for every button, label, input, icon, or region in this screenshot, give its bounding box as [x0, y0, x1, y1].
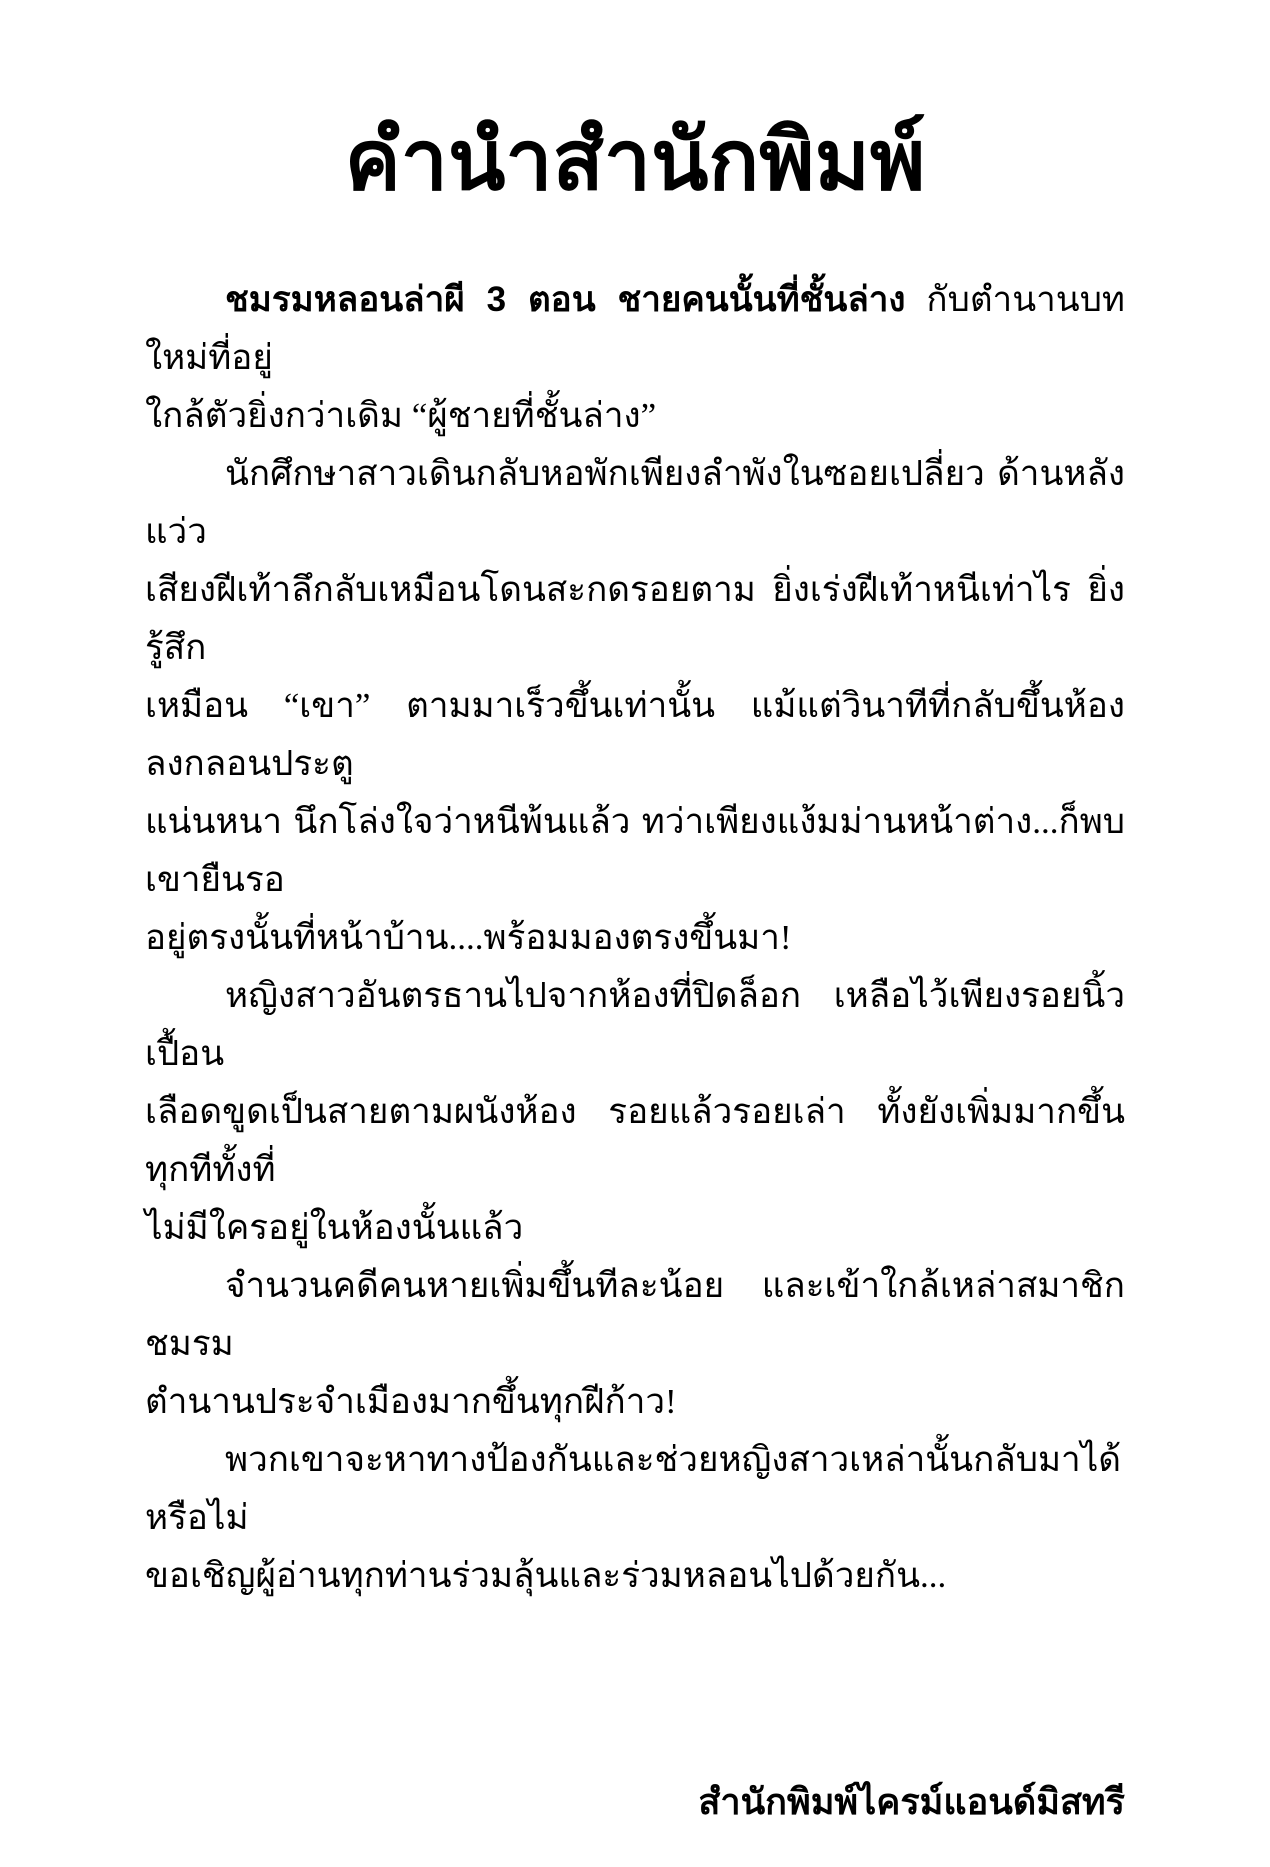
page-title: คำนำสำนักพิมพ์ — [0, 0, 1270, 209]
text-line: ตำนานประจำเมืองมากขึ้นทุกฝีก้าว! — [145, 1373, 1125, 1431]
text-segment: พวกเขาจะหาทางป้องกันและช่วยหญิงสาวเหล่าน… — [145, 1440, 1121, 1537]
text-line: แน่นหนา นึกโล่งใจว่าหนีพ้นแล้ว ทว่าเพียง… — [145, 793, 1125, 909]
body-text: ชมรมหลอนล่าผี 3 ตอน ชายคนนั้นที่ชั้นล่าง… — [145, 271, 1125, 1605]
text-segment: จำนวนคดีคนหายเพิ่มขึ้นทีละน้อย และเข้าใก… — [145, 1266, 1125, 1363]
text-segment: เสียงฝีเท้าลึกลับเหมือนโดนสะกดรอยตาม ยิ่… — [145, 570, 1125, 667]
text-line: จำนวนคดีคนหายเพิ่มขึ้นทีละน้อย และเข้าใก… — [145, 1257, 1125, 1373]
paragraph: ชมรมหลอนล่าผี 3 ตอน ชายคนนั้นที่ชั้นล่าง… — [145, 271, 1125, 445]
paragraph: พวกเขาจะหาทางป้องกันและช่วยหญิงสาวเหล่าน… — [145, 1431, 1125, 1605]
text-line: เสียงฝีเท้าลึกลับเหมือนโดนสะกดรอยตาม ยิ่… — [145, 561, 1125, 677]
text-line: อยู่ตรงนั้นที่หน้าบ้าน....พร้อมมองตรงขึ้… — [145, 909, 1125, 967]
text-segment: แน่นหนา นึกโล่งใจว่าหนีพ้นแล้ว ทว่าเพียง… — [145, 802, 1125, 899]
text-line: ชมรมหลอนล่าผี 3 ตอน ชายคนนั้นที่ชั้นล่าง… — [145, 271, 1125, 387]
paragraph: จำนวนคดีคนหายเพิ่มขึ้นทีละน้อย และเข้าใก… — [145, 1257, 1125, 1431]
text-segment: ตำนานประจำเมืองมากขึ้นทุกฝีก้าว! — [145, 1382, 677, 1421]
text-line: ไม่มีใครอยู่ในห้องนั้นแล้ว — [145, 1199, 1125, 1257]
text-segment: เหมือน “เขา” ตามมาเร็วขึ้นเท่านั้น แม้แต… — [145, 686, 1125, 783]
paragraph: นักศึกษาสาวเดินกลับหอพักเพียงลำพังในซอยเ… — [145, 445, 1125, 967]
text-segment: เลือดขูดเป็นสายตามผนังห้อง รอยแล้วรอยเล่… — [145, 1092, 1125, 1189]
document-page: คำนำสำนักพิมพ์ ชมรมหลอนล่าผี 3 ตอน ชายคน… — [0, 0, 1270, 1867]
bold-text-segment: ชมรมหลอนล่าผี 3 ตอน ชายคนนั้นที่ชั้นล่าง — [225, 280, 906, 319]
text-segment: หญิงสาวอันตรธานไปจากห้องที่ปิดล็อก เหลือ… — [145, 976, 1125, 1073]
publisher-signature: สำนักพิมพ์ไครม์แอนด์มิสทรี — [145, 1773, 1125, 1831]
text-segment: ไม่มีใครอยู่ในห้องนั้นแล้ว — [145, 1208, 523, 1247]
text-line: พวกเขาจะหาทางป้องกันและช่วยหญิงสาวเหล่าน… — [145, 1431, 1125, 1547]
text-line: ขอเชิญผู้อ่านทุกท่านร่วมลุ้นและร่วมหลอนไ… — [145, 1547, 1125, 1605]
paragraph: หญิงสาวอันตรธานไปจากห้องที่ปิดล็อก เหลือ… — [145, 967, 1125, 1257]
text-line: นักศึกษาสาวเดินกลับหอพักเพียงลำพังในซอยเ… — [145, 445, 1125, 561]
text-line: ใกล้ตัวยิ่งกว่าเดิม “ผู้ชายที่ชั้นล่าง” — [145, 387, 1125, 445]
text-line: เลือดขูดเป็นสายตามผนังห้อง รอยแล้วรอยเล่… — [145, 1083, 1125, 1199]
text-segment: นักศึกษาสาวเดินกลับหอพักเพียงลำพังในซอยเ… — [145, 454, 1125, 551]
text-segment: อยู่ตรงนั้นที่หน้าบ้าน....พร้อมมองตรงขึ้… — [145, 918, 792, 957]
text-line: เหมือน “เขา” ตามมาเร็วขึ้นเท่านั้น แม้แต… — [145, 677, 1125, 793]
text-line: หญิงสาวอันตรธานไปจากห้องที่ปิดล็อก เหลือ… — [145, 967, 1125, 1083]
text-segment: ขอเชิญผู้อ่านทุกท่านร่วมลุ้นและร่วมหลอนไ… — [145, 1556, 946, 1595]
text-segment: ใกล้ตัวยิ่งกว่าเดิม “ผู้ชายที่ชั้นล่าง” — [145, 396, 656, 435]
